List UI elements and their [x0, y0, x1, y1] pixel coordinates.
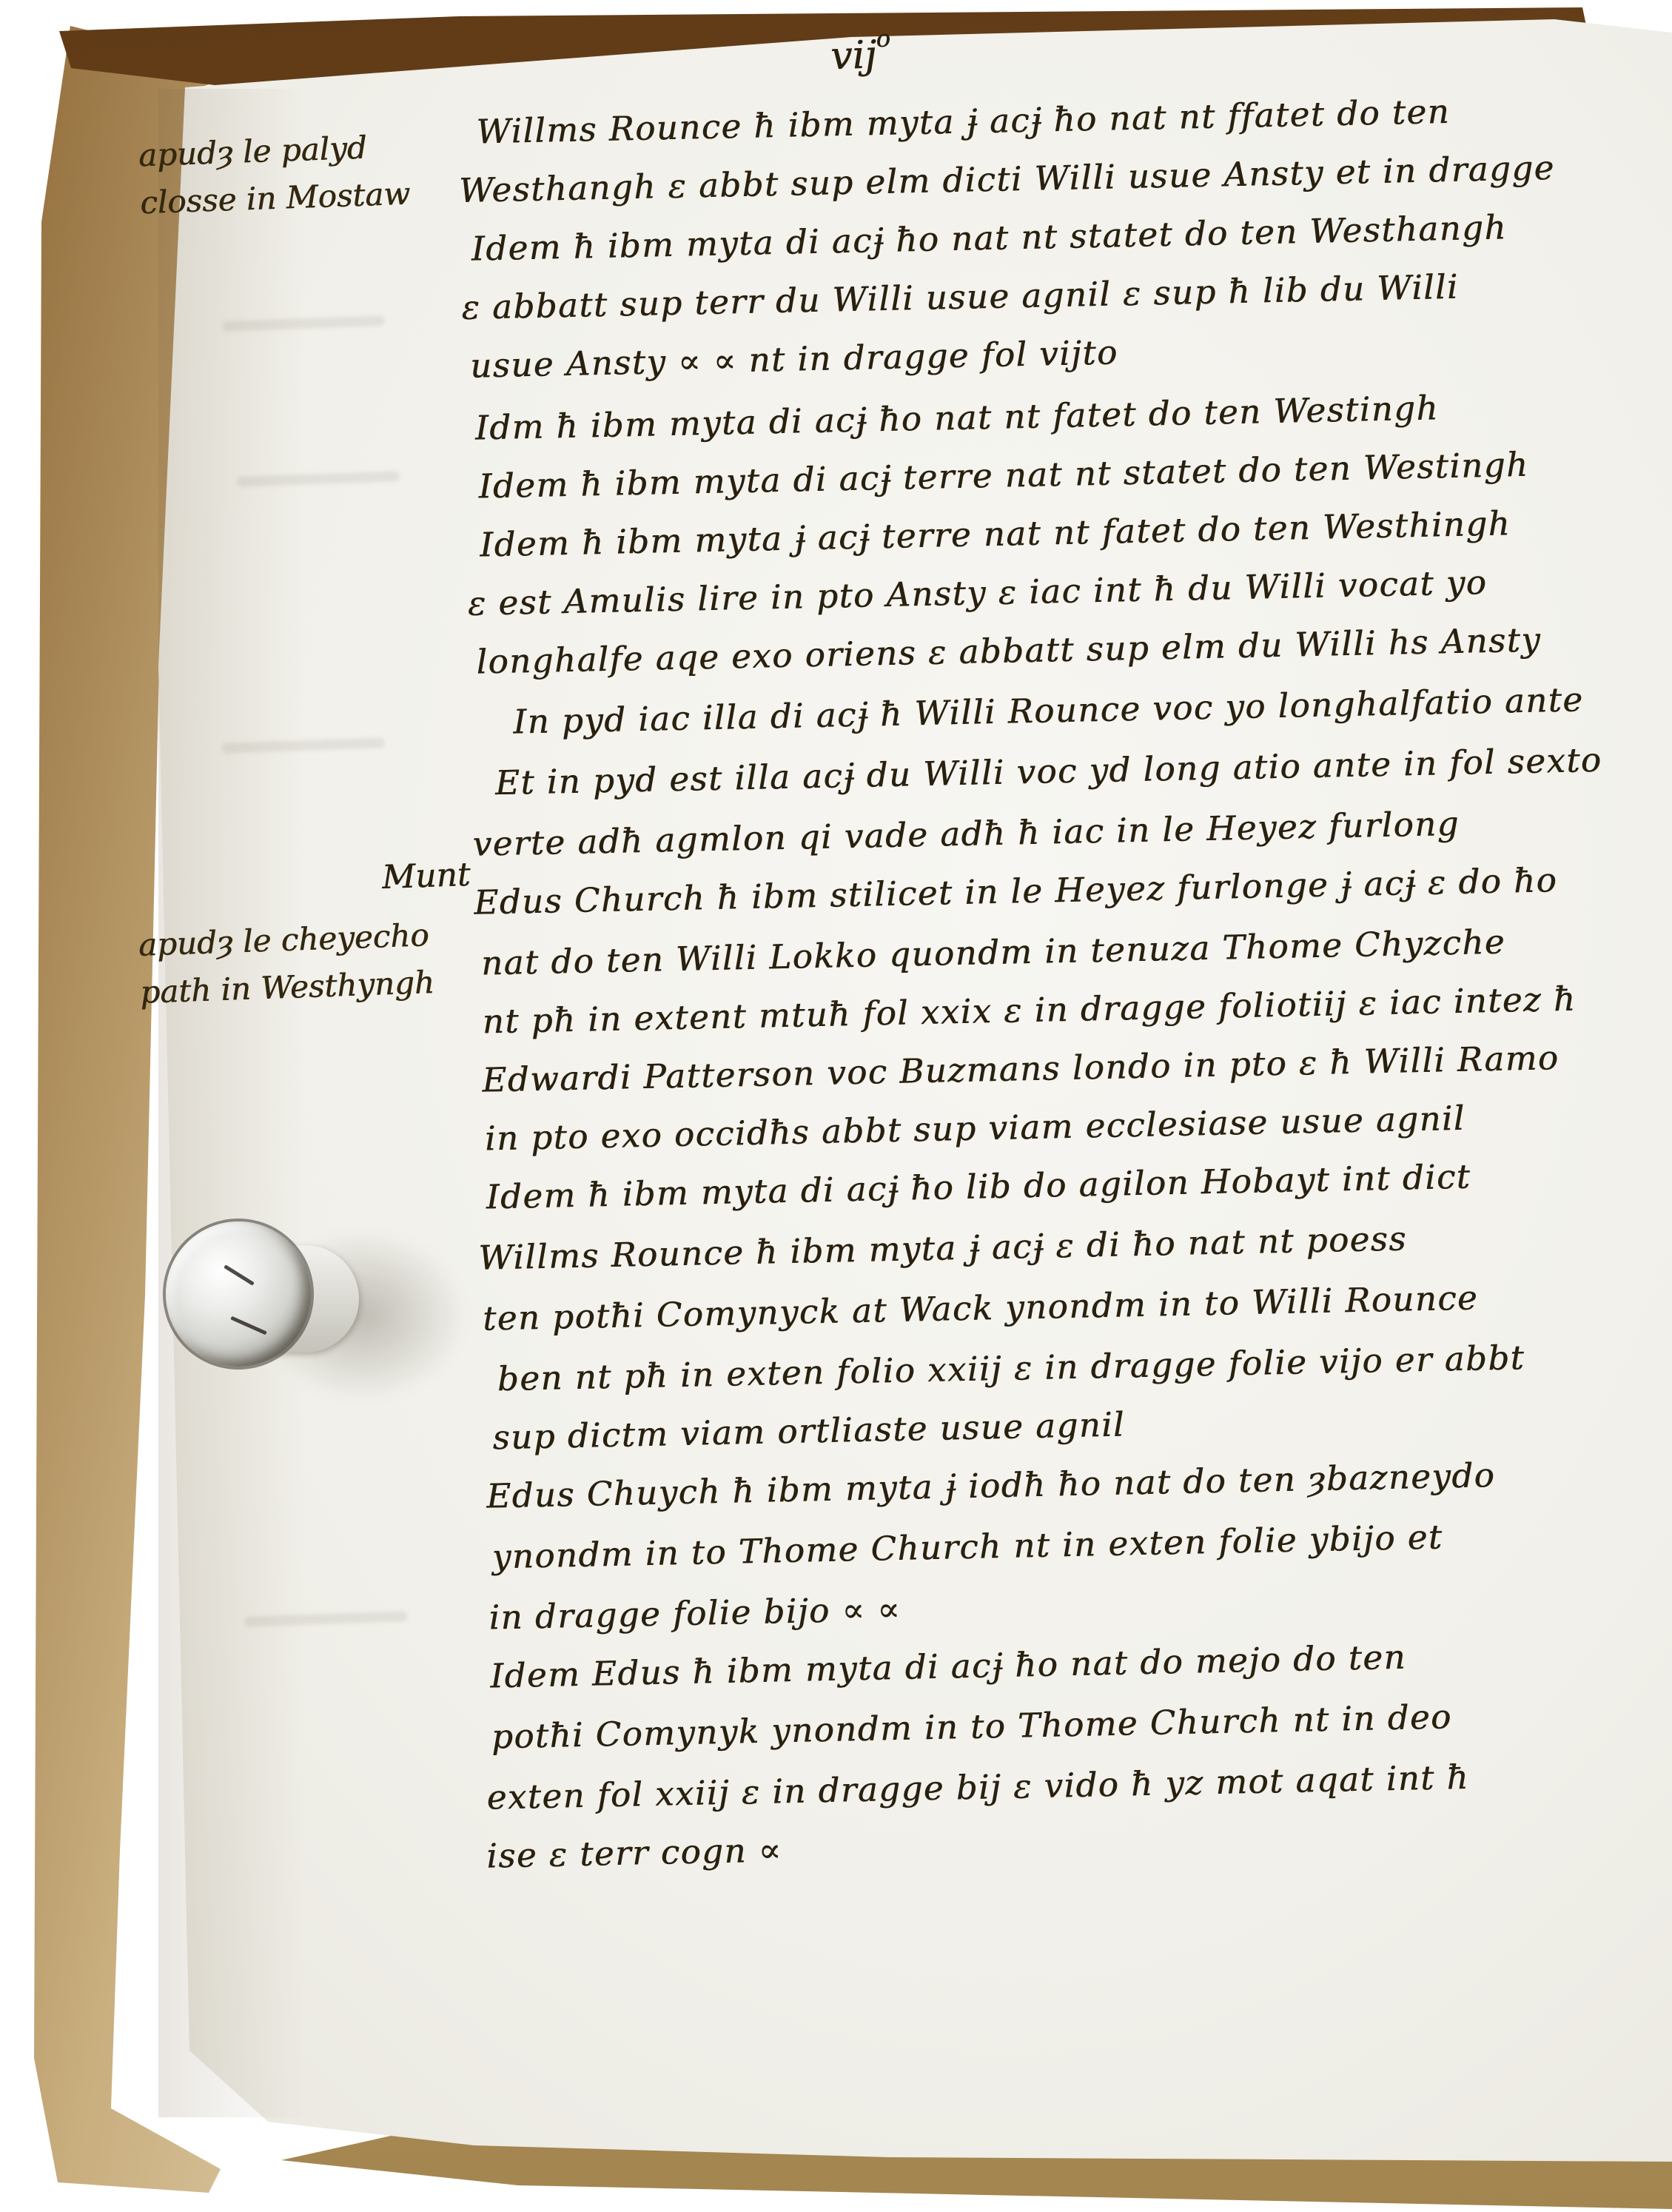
manuscript-line: ten potħi Comynyck at Wack ynondm in to …: [483, 1278, 1479, 1338]
manuscript-photo: { "colors": { "backdrop": "#ffffff", "pa…: [0, 0, 1672, 2212]
margin-note-palyd-close: apudȝ le palyd closse in Mostaw: [138, 123, 411, 227]
manuscript-line: potħi Comynyk ynondm in to Thome Church …: [491, 1697, 1452, 1756]
manuscript-line: in pto exo occidħs abbt sup viam ecclesi…: [484, 1099, 1465, 1159]
manuscript-line: Westhangh ɛ abbt sup elm dicti Willi usu…: [459, 148, 1556, 210]
manuscript-line: Edus Chuych ħ ibm myta ɉ iodħ ħo nat do …: [486, 1455, 1496, 1516]
manuscript-line: verte adħ agmlon qi vade adħ ħ iac in le…: [472, 804, 1460, 864]
manuscript-line: Et in pyd est illa acɉ du Willi voc yd l…: [494, 740, 1602, 802]
manuscript-line: Willms Rounce ħ ibm myta ɉ acɉ ɛ di ħo n…: [478, 1219, 1407, 1277]
manuscript-line: Edwardi Patterson voc Buzmans londo in p…: [482, 1038, 1559, 1099]
manuscript-line: Edus Church ħ ibm stilicet in le Heyez f…: [474, 860, 1558, 922]
folio-superscript: o: [876, 24, 891, 53]
manuscript-line: usue Ansty ∝ ∝ nt in dragge fol vijto: [470, 332, 1118, 385]
manuscript-line: exten fol xxiij ɛ in dragge bij ɛ vido ħ…: [486, 1757, 1469, 1817]
manuscript-line: in dragge folie bijo ∝ ∝: [488, 1589, 902, 1638]
manuscript-line: Idem ħ ibm myta ɉ acɉ terre nat nt fatet…: [480, 503, 1511, 564]
manuscript-line: Idem Edus ħ ibm myta di acɉ ħo nat do me…: [490, 1638, 1407, 1696]
manuscript-line: longhalfe aqe exo oriens ɛ abbatt sup el…: [476, 620, 1542, 682]
manuscript-line: ise ɛ terr cogn ∝: [486, 1830, 782, 1875]
manuscript-line: Idem ħ ibm myta di acɉ ħo nat nt statet …: [471, 207, 1507, 268]
manuscript-line: nat do ten Willi Lokko quondm in tenuza …: [481, 922, 1506, 983]
manuscript-line: sup dictm viam ortliaste usue agnil: [492, 1405, 1126, 1458]
manuscript-line: In pyd iac illa di acɉ ħ Willi Rounce vo…: [513, 680, 1584, 741]
margin-catchword: Munt: [381, 856, 471, 896]
margin-note-church-path: apudȝ le cheyecho path in Westhyngh: [138, 911, 435, 1016]
folio-number: vijo: [830, 24, 892, 79]
manuscript-line: ɛ est Amulis lire in pto Ansty ɛ iac int…: [467, 563, 1487, 623]
metal-boss: [166, 1221, 311, 1367]
manuscript-line: Idm ħ ibm myta di acɉ ħo nat nt fatet do…: [474, 388, 1439, 447]
manuscript-line: Idem ħ ibm myta di acɉ ħo lib do agilon …: [486, 1157, 1471, 1217]
manuscript-line: ynondm in to Thome Church nt in exten fo…: [491, 1518, 1443, 1577]
main-text-block: Willms Rounce ħ ibm myta ɉ acɉ ħo nat nt…: [457, 87, 1672, 1888]
folio-numeral: vij: [830, 33, 877, 78]
manuscript-line: nt pħ in extent mtuħ fol xxix ɛ in dragg…: [482, 979, 1577, 1042]
manuscript-line: Idem ħ ibm myta di acɉ terre nat nt stat…: [478, 445, 1529, 506]
manuscript-line: ɛ abbatt sup terr du Willi usue agnil ɛ …: [461, 267, 1459, 327]
margin-note-line: closse in Mostaw: [139, 170, 411, 227]
manuscript-line: ben nt pħ in exten folio xxiij ɛ in drag…: [497, 1338, 1525, 1398]
